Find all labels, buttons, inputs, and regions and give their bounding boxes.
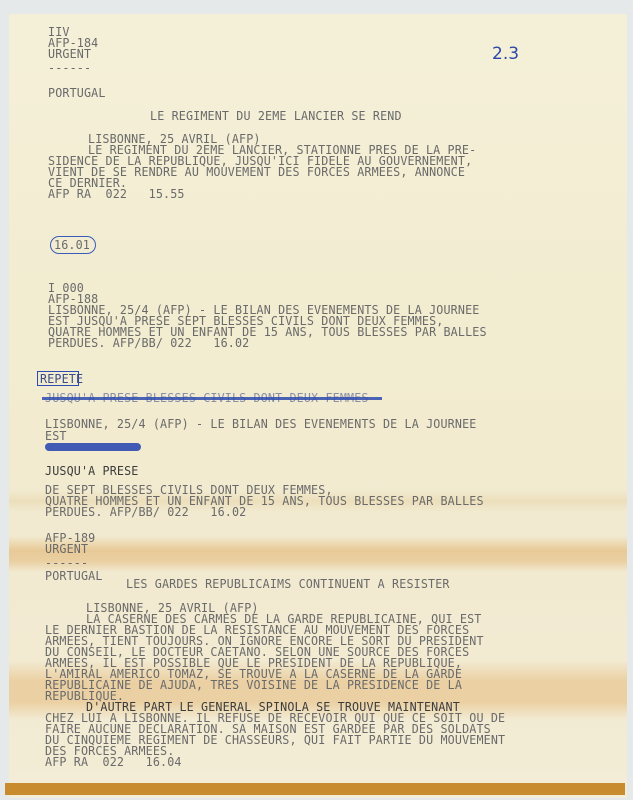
- repeat-label: REPETE: [40, 373, 83, 384]
- dispatch-priority: URGENT: [48, 48, 91, 59]
- body-line: PERDUES. AFP/BB/ 022 16.02: [45, 506, 246, 517]
- handwritten-page-number: 2.3: [492, 44, 519, 64]
- dispatch-country: PORTUGAL: [45, 570, 103, 581]
- handwritten-scribble: [45, 443, 141, 451]
- dispatch-headline: LES GARDES REPUBLICAIMS CONTINUENT A RES…: [126, 578, 450, 589]
- paper-stain: [9, 536, 627, 572]
- paper-edge-stain: [5, 783, 625, 795]
- separator-rule: ------: [48, 62, 91, 73]
- dispatch-signoff: AFP RA 022 15.55: [48, 188, 185, 199]
- body-line: LISBONNE, 25/4 (AFP) - LE BILAN DES EVEN…: [45, 418, 476, 429]
- body-line: JUSQU'A PRESE: [45, 465, 138, 476]
- dispatch-headline: LE REGIMENT DU 2EME LANCIER SE REND: [150, 110, 402, 121]
- separator-rule: ------: [45, 557, 88, 568]
- circled-time: 16.01: [54, 239, 90, 250]
- body-line: EST: [45, 430, 67, 441]
- handwritten-strikethrough: [42, 397, 382, 400]
- body-line: PERDUES. AFP/BB/ 022 16.02: [48, 337, 249, 348]
- dispatch-signoff: AFP RA 022 16.04: [45, 756, 182, 767]
- dispatch-country: PORTUGAL: [48, 87, 106, 98]
- dispatch-priority: URGENT: [45, 543, 88, 554]
